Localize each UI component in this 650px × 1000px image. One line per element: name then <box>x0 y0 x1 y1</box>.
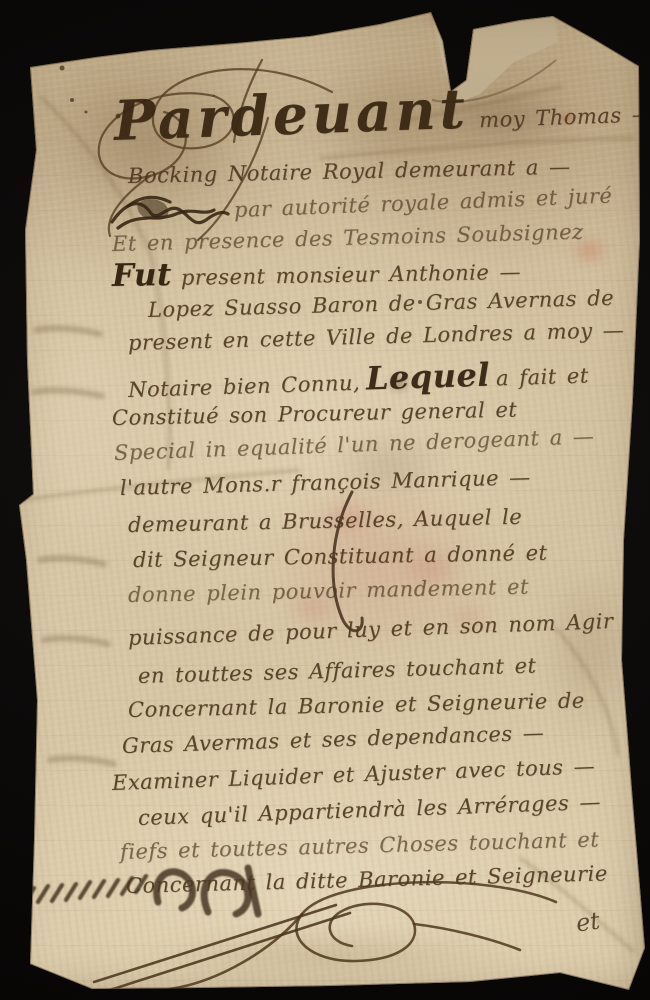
manuscript-line: Futpresent monsieur Anthonie — <box>112 251 522 294</box>
line-text: Notaire bien Connu, <box>128 371 361 402</box>
manuscript-paper: Pardeuantmoy Thomas — Bocking Notaire Ro… <box>0 0 650 1000</box>
line-text: a fait et <box>496 364 589 391</box>
verso-mark <box>36 328 100 334</box>
verso-mark <box>40 558 104 564</box>
emphasized-word: Lequel <box>365 356 490 398</box>
catchword: et <box>574 906 602 937</box>
speck <box>85 111 88 114</box>
photo-background: Pardeuantmoy Thomas — Bocking Notaire Ro… <box>0 0 650 1000</box>
double-rule-flourish <box>94 905 350 990</box>
scribble-blob <box>137 199 168 220</box>
line-text: present monsieur Anthonie — <box>181 260 522 290</box>
rule-stroke <box>94 905 336 982</box>
emphasized-word: Fut <box>112 257 172 294</box>
spiral-flourish <box>170 882 556 989</box>
verso-mark <box>44 638 108 644</box>
spiral-tail-right <box>414 924 520 950</box>
verso-mark <box>34 390 102 396</box>
speck <box>70 98 74 102</box>
strikethrough-scribble <box>112 197 228 228</box>
speck <box>60 66 65 71</box>
opening-word: Pardeuant <box>113 76 470 153</box>
verso-show-through-left-margin <box>34 328 114 764</box>
verso-mark <box>50 758 114 764</box>
